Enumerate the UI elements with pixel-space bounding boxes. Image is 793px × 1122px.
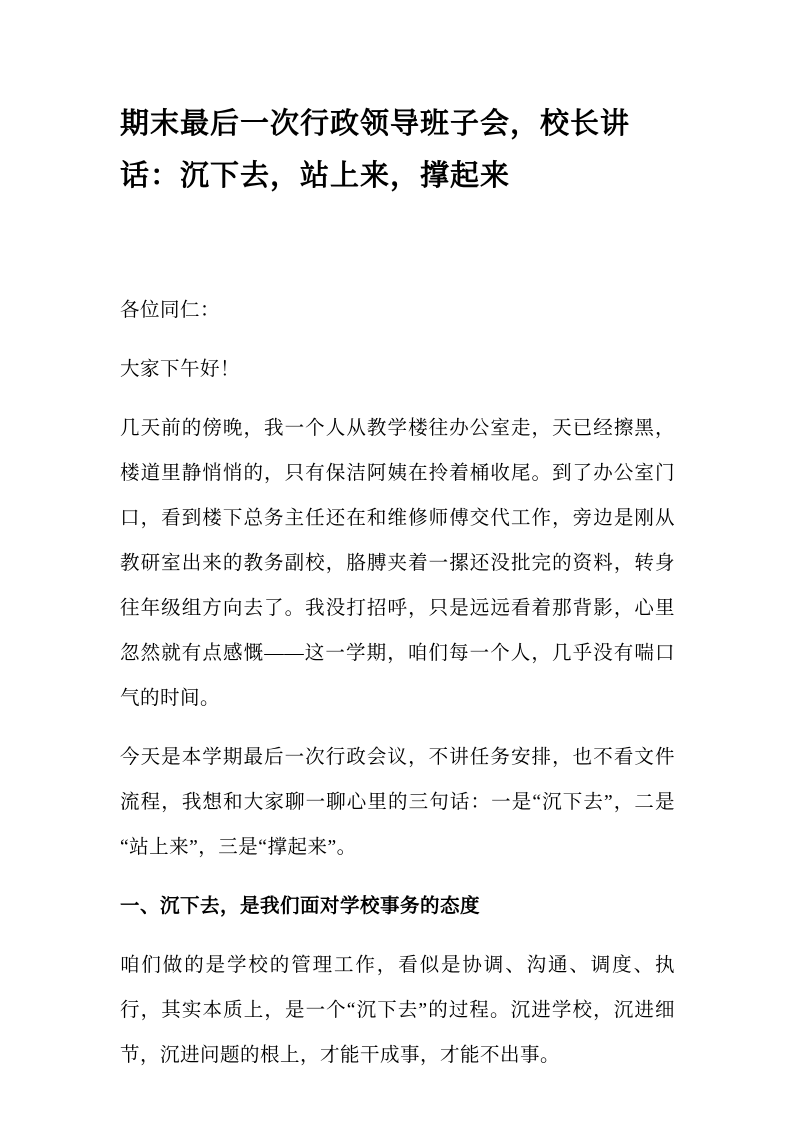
document-body: 各位同仁： 大家下午好！ 几天前的傍晚，我一个人从教学楼往办公室走，天已经擦黑，… <box>120 288 675 1078</box>
document-title: 期末最后一次行政领导班子会，校长讲话：沉下去，站上来，撑起来 <box>120 98 675 202</box>
section1-heading: 一、沉下去，是我们面对学校事务的态度 <box>120 884 675 929</box>
greeting-line: 大家下午好！ <box>120 347 675 392</box>
document-page: 期末最后一次行政领导班子会，校长讲话：沉下去，站上来，撑起来 各位同仁： 大家下… <box>0 0 793 1122</box>
paragraph-intro: 几天前的傍晚，我一个人从教学楼往办公室走，天已经擦黑，楼道里静悄悄的，只有保洁阿… <box>120 406 675 721</box>
salutation-line: 各位同仁： <box>120 288 675 333</box>
paragraph-theme: 今天是本学期最后一次行政会议，不讲任务安排，也不看文件流程，我想和大家聊一聊心里… <box>120 735 675 870</box>
section1-paragraph: 咱们做的是学校的管理工作，看似是协调、沟通、调度、执行，其实本质上，是一个“沉下… <box>120 943 675 1078</box>
